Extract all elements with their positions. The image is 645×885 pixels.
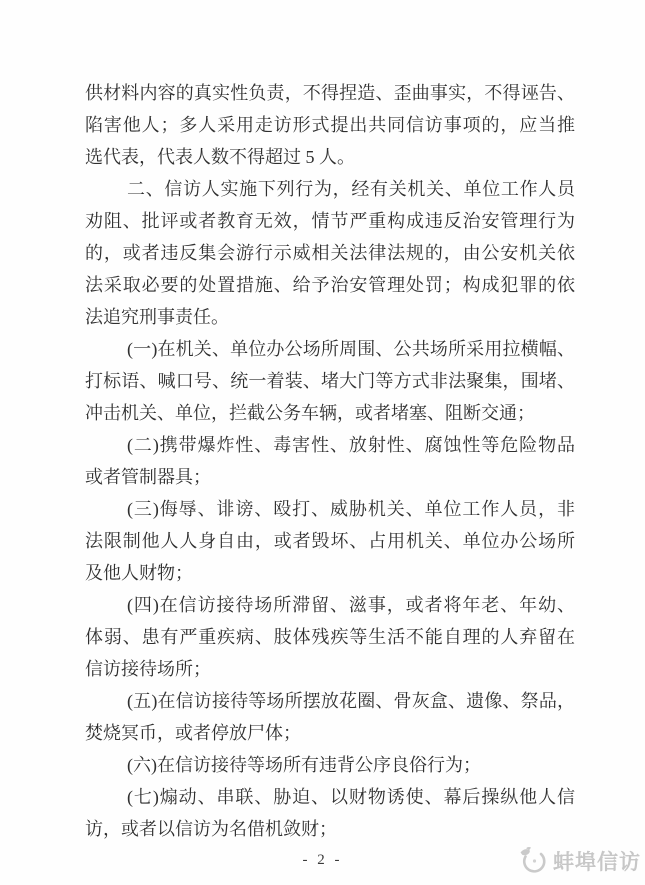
- paragraph: (四)在信访接待场所滞留、滋事，或者将年老、年幼、体弱、患有严重疾病、肢体残疾等…: [85, 589, 575, 685]
- text-line: (一)在机关、单位办公场所周围、公共场所采用拉横幅、: [85, 333, 575, 365]
- text-line: 信访接待场所；: [85, 653, 575, 685]
- text-line: 二、信访人实施下列行为，经有关机关、单位工作人员: [85, 173, 575, 205]
- text-line: 选代表，代表人数不得超过 5 人。: [85, 141, 575, 173]
- paragraph: (七)煽动、串联、胁迫、以财物诱使、幕后操纵他人信访，或者以信访为名借机敛财；: [85, 781, 575, 845]
- text-line: (三)侮辱、诽谤、殴打、威胁机关、单位工作人员，非: [85, 493, 575, 525]
- text-line: 陷害他人；多人采用走访形式提出共同信访事项的，应当推: [85, 109, 575, 141]
- watermark: 蚌埠信访: [517, 845, 641, 877]
- text-line: 的，或者违反集会游行示威相关法律法规的，由公安机关依: [85, 237, 575, 269]
- paragraph: (二)携带爆炸性、毒害性、放射性、腐蚀性等危险物品或者管制器具；: [85, 429, 575, 493]
- paragraph: 二、信访人实施下列行为，经有关机关、单位工作人员劝阻、批评或者教育无效，情节严重…: [85, 173, 575, 333]
- text-line: 访，或者以信访为名借机敛财；: [85, 813, 575, 845]
- text-line: (四)在信访接待场所滞留、滋事，或者将年老、年幼、: [85, 589, 575, 621]
- text-line: 冲击机关、单位，拦截公务车辆，或者堵塞、阻断交通；: [85, 397, 575, 429]
- paragraph: (五)在信访接待等场所摆放花圈、骨灰盒、遗像、祭品，焚烧冥币，或者停放尸体；: [85, 685, 575, 749]
- dove-logo-icon: [517, 845, 550, 877]
- text-line: 劝阻、批评或者教育无效，情节严重构成违反治安管理行为: [85, 205, 575, 237]
- watermark-label: 蚌埠信访: [553, 846, 641, 876]
- text-line: (七)煽动、串联、胁迫、以财物诱使、幕后操纵他人信: [85, 781, 575, 813]
- text-line: (二)携带爆炸性、毒害性、放射性、腐蚀性等危险物品: [85, 429, 575, 461]
- paragraph: (六)在信访接待等场所有违背公序良俗行为；: [85, 749, 575, 781]
- paragraph: (三)侮辱、诽谤、殴打、威胁机关、单位工作人员，非法限制他人人身自由，或者毁坏、…: [85, 493, 575, 589]
- paragraph: 供材料内容的真实性负责，不得捏造、歪曲事实，不得诬告、陷害他人；多人采用走访形式…: [85, 77, 575, 173]
- text-line: (六)在信访接待等场所有违背公序良俗行为；: [85, 749, 575, 781]
- text-line: 焚烧冥币，或者停放尸体；: [85, 717, 575, 749]
- text-line: 法限制他人人身自由，或者毁坏、占用机关、单位办公场所: [85, 525, 575, 557]
- paragraph: (一)在机关、单位办公场所周围、公共场所采用拉横幅、打标语、喊口号、统一着装、堵…: [85, 333, 575, 429]
- text-line: 或者管制器具；: [85, 461, 575, 493]
- text-line: 及他人财物；: [85, 557, 575, 589]
- text-line: 体弱、患有严重疾病、肢体残疾等生活不能自理的人弃留在: [85, 621, 575, 653]
- document-page: 供材料内容的真实性负责，不得捏造、歪曲事实，不得诬告、陷害他人；多人采用走访形式…: [0, 0, 645, 885]
- text-line: (五)在信访接待等场所摆放花圈、骨灰盒、遗像、祭品，: [85, 685, 575, 717]
- text-line: 打标语、喊口号、统一着装、堵大门等方式非法聚集，围堵、: [85, 365, 575, 397]
- document-body: 供材料内容的真实性负责，不得捏造、歪曲事实，不得诬告、陷害他人；多人采用走访形式…: [85, 77, 575, 845]
- text-line: 法采取必要的处置措施、给予治安管理处罚；构成犯罪的依: [85, 269, 575, 301]
- text-line: 供材料内容的真实性负责，不得捏造、歪曲事实，不得诬告、: [85, 77, 575, 109]
- text-line: 法追究刑事责任。: [85, 301, 575, 333]
